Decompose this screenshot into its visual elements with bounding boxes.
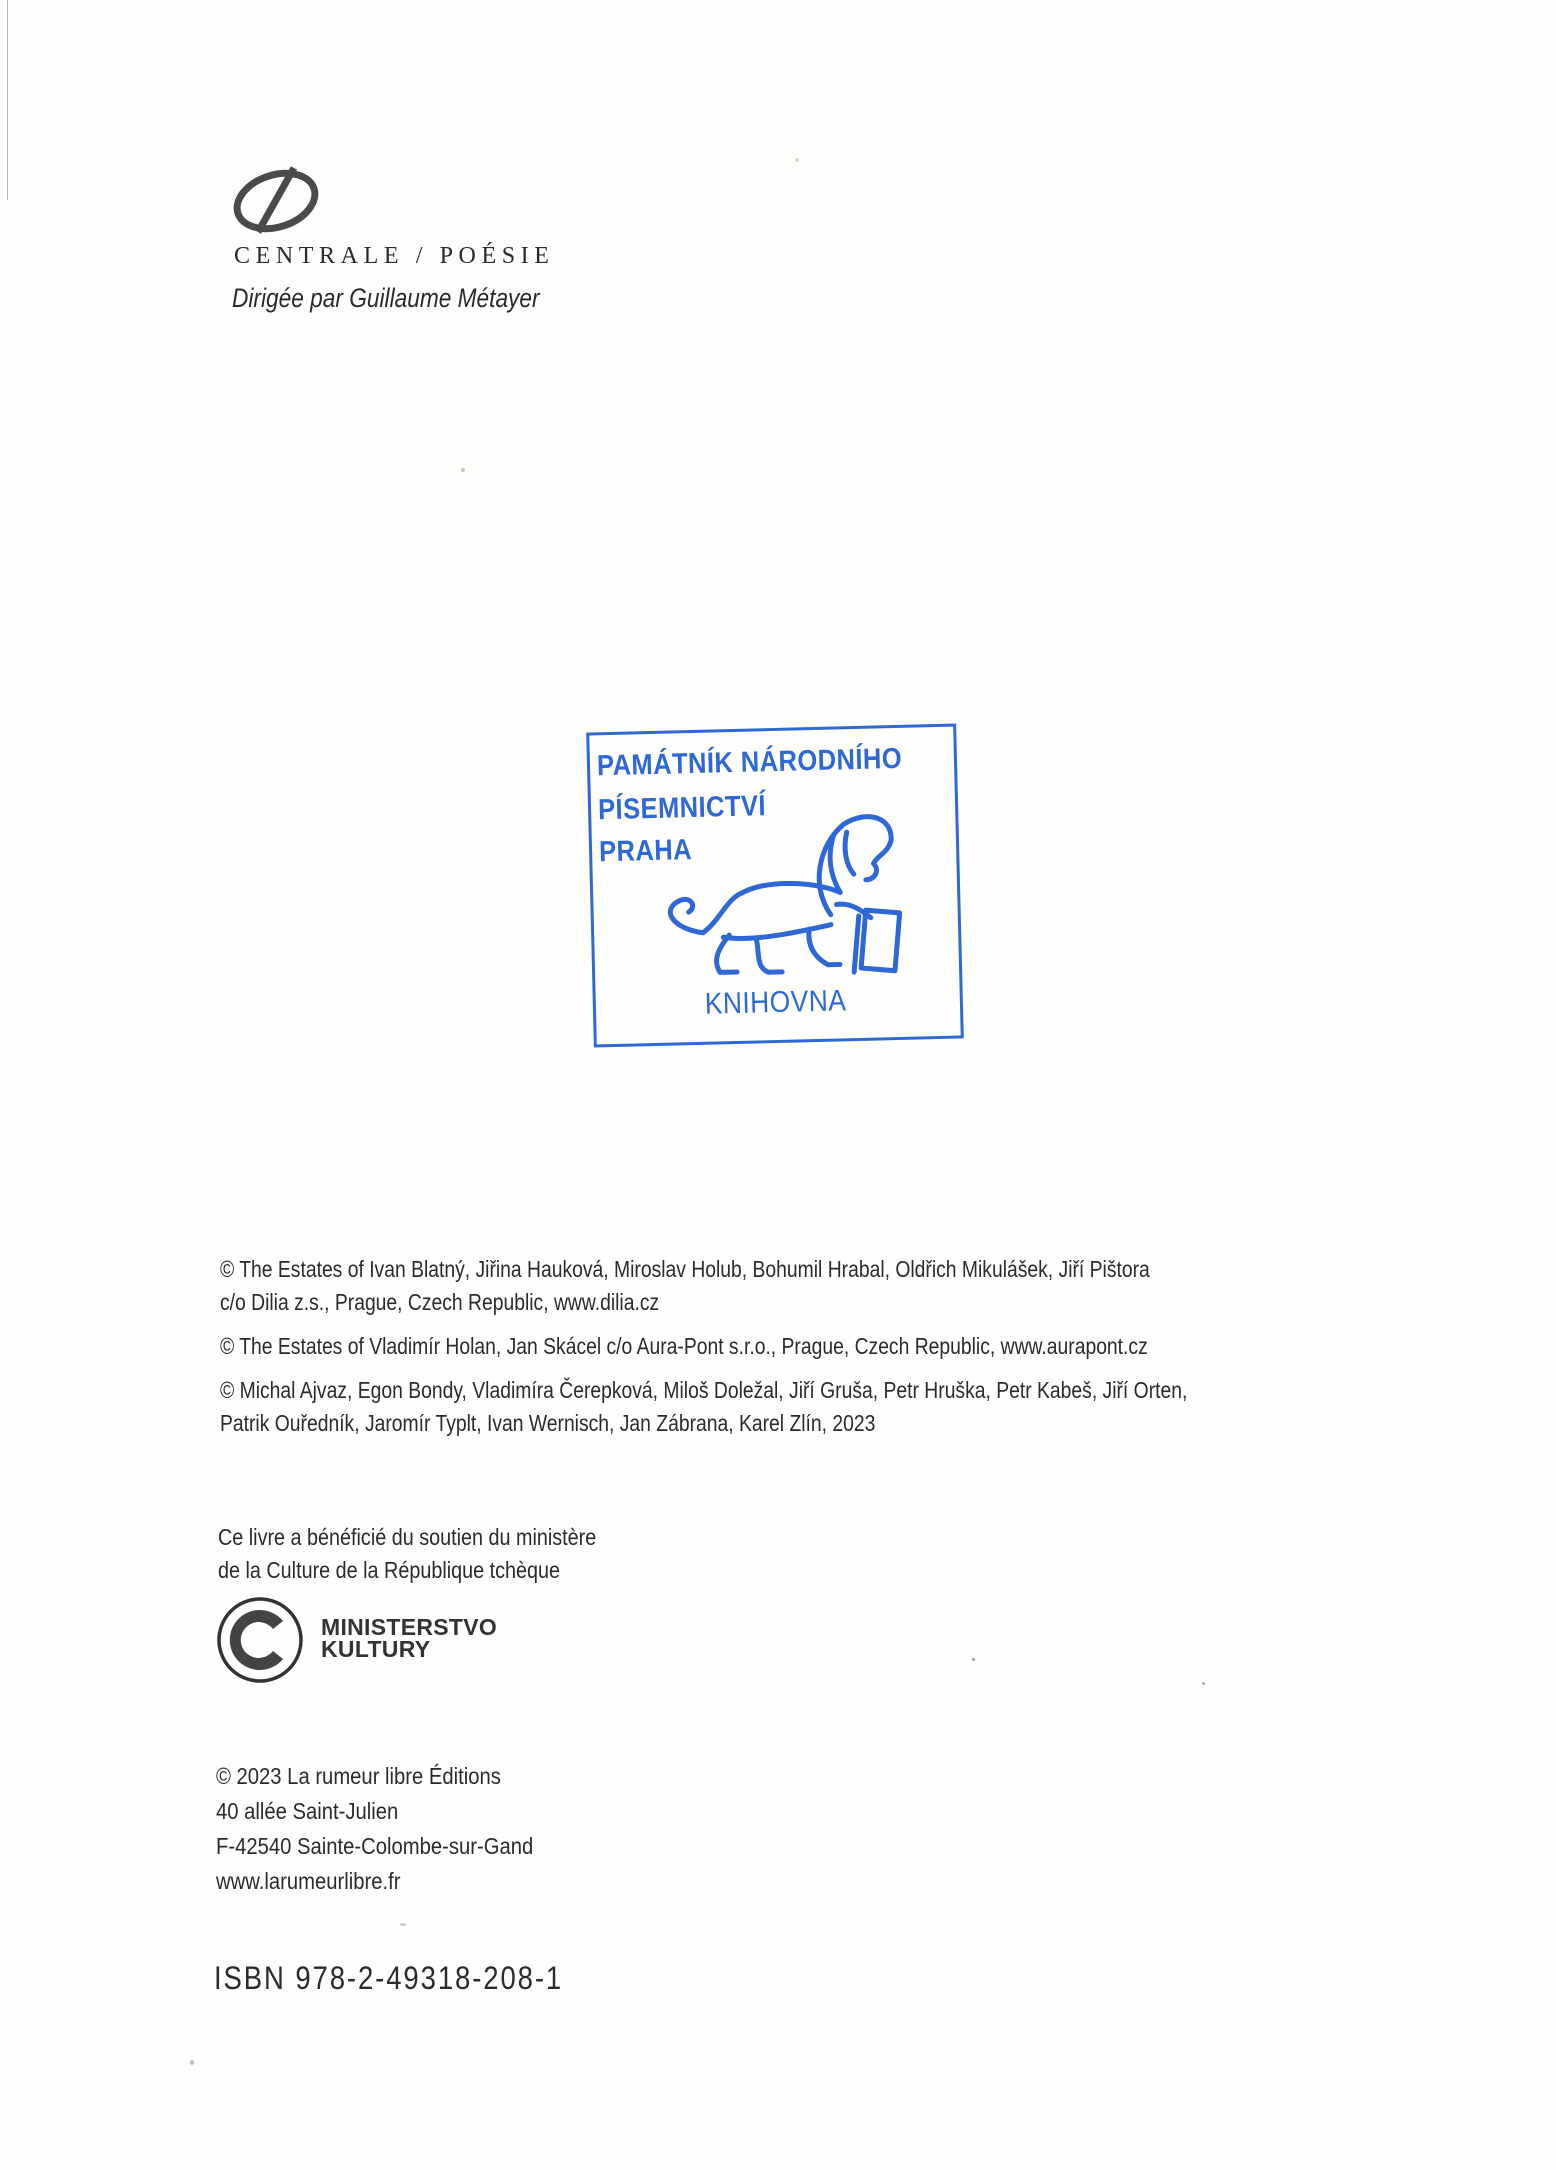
ministry-name: MINISTERSTVO KULTURY	[321, 1616, 497, 1660]
scan-speck	[400, 1923, 406, 1926]
copyright-dilia: © The Estates of Ivan Blatný, Jiřina Hau…	[220, 1253, 1340, 1319]
support-line: de la Culture de la République tchèque	[218, 1554, 596, 1587]
copyright-notices: © The Estates of Ivan Blatný, Jiřina Hau…	[220, 1253, 1340, 1451]
scan-speck	[972, 1658, 975, 1661]
copyright-line: Patrik Ouředník, Jaromír Typlt, Ivan Wer…	[220, 1410, 875, 1436]
series-name: CENTRALE / POÉSIE	[234, 243, 555, 270]
scan-speck	[1202, 1682, 1205, 1685]
copyright-line: © The Estates of Vladimír Holan, Jan Ská…	[220, 1333, 1148, 1359]
publisher-city: F-42540 Sainte-Colombe-sur-Gand	[216, 1829, 533, 1864]
scan-speck	[190, 2060, 194, 2065]
ministerstvo-kultury-logo-icon	[215, 1595, 305, 1685]
series-editor: Dirigée par Guillaume Métayer	[232, 283, 540, 314]
centrale-poesie-logo-icon	[228, 165, 324, 235]
publisher-copyright: © 2023 La rumeur libre Éditions	[216, 1759, 533, 1794]
scan-speck	[461, 468, 465, 472]
copyright-line: © The Estates of Ivan Blatný, Jiřina Hau…	[220, 1256, 1150, 1282]
copyright-line: c/o Dilia z.s., Prague, Czech Republic, …	[220, 1289, 659, 1315]
stamp-bottom-text: KNIHOVNA	[704, 984, 846, 1021]
ministry-name-line: MINISTERSTVO	[321, 1616, 497, 1638]
page-edge-line	[7, 0, 8, 200]
publisher-info: © 2023 La rumeur libre Éditions 40 allée…	[216, 1759, 533, 1899]
publisher-website: www.larumeurlibre.fr	[216, 1864, 533, 1899]
library-stamp: PAMÁTNÍK NÁRODNÍHO PÍSEMNICTVÍ PRAHA KNI…	[586, 724, 964, 1048]
copyright-line: © Michal Ajvaz, Egon Bondy, Vladimíra Če…	[220, 1377, 1187, 1403]
publisher-street: 40 allée Saint-Julien	[216, 1794, 533, 1829]
copyright-authors: © Michal Ajvaz, Egon Bondy, Vladimíra Če…	[220, 1374, 1340, 1440]
scan-speck	[795, 158, 799, 162]
lion-with-book-icon	[628, 802, 932, 994]
support-line: Ce livre a bénéficié du soutien du minis…	[218, 1521, 596, 1554]
isbn: ISBN 978-2-49318-208-1	[214, 1960, 563, 1997]
copyright-aurapont: © The Estates of Vladimír Holan, Jan Ská…	[220, 1330, 1340, 1363]
ministry-support-note: Ce livre a bénéficié du soutien du minis…	[218, 1521, 596, 1587]
ministry-name-line: KULTURY	[321, 1638, 497, 1660]
